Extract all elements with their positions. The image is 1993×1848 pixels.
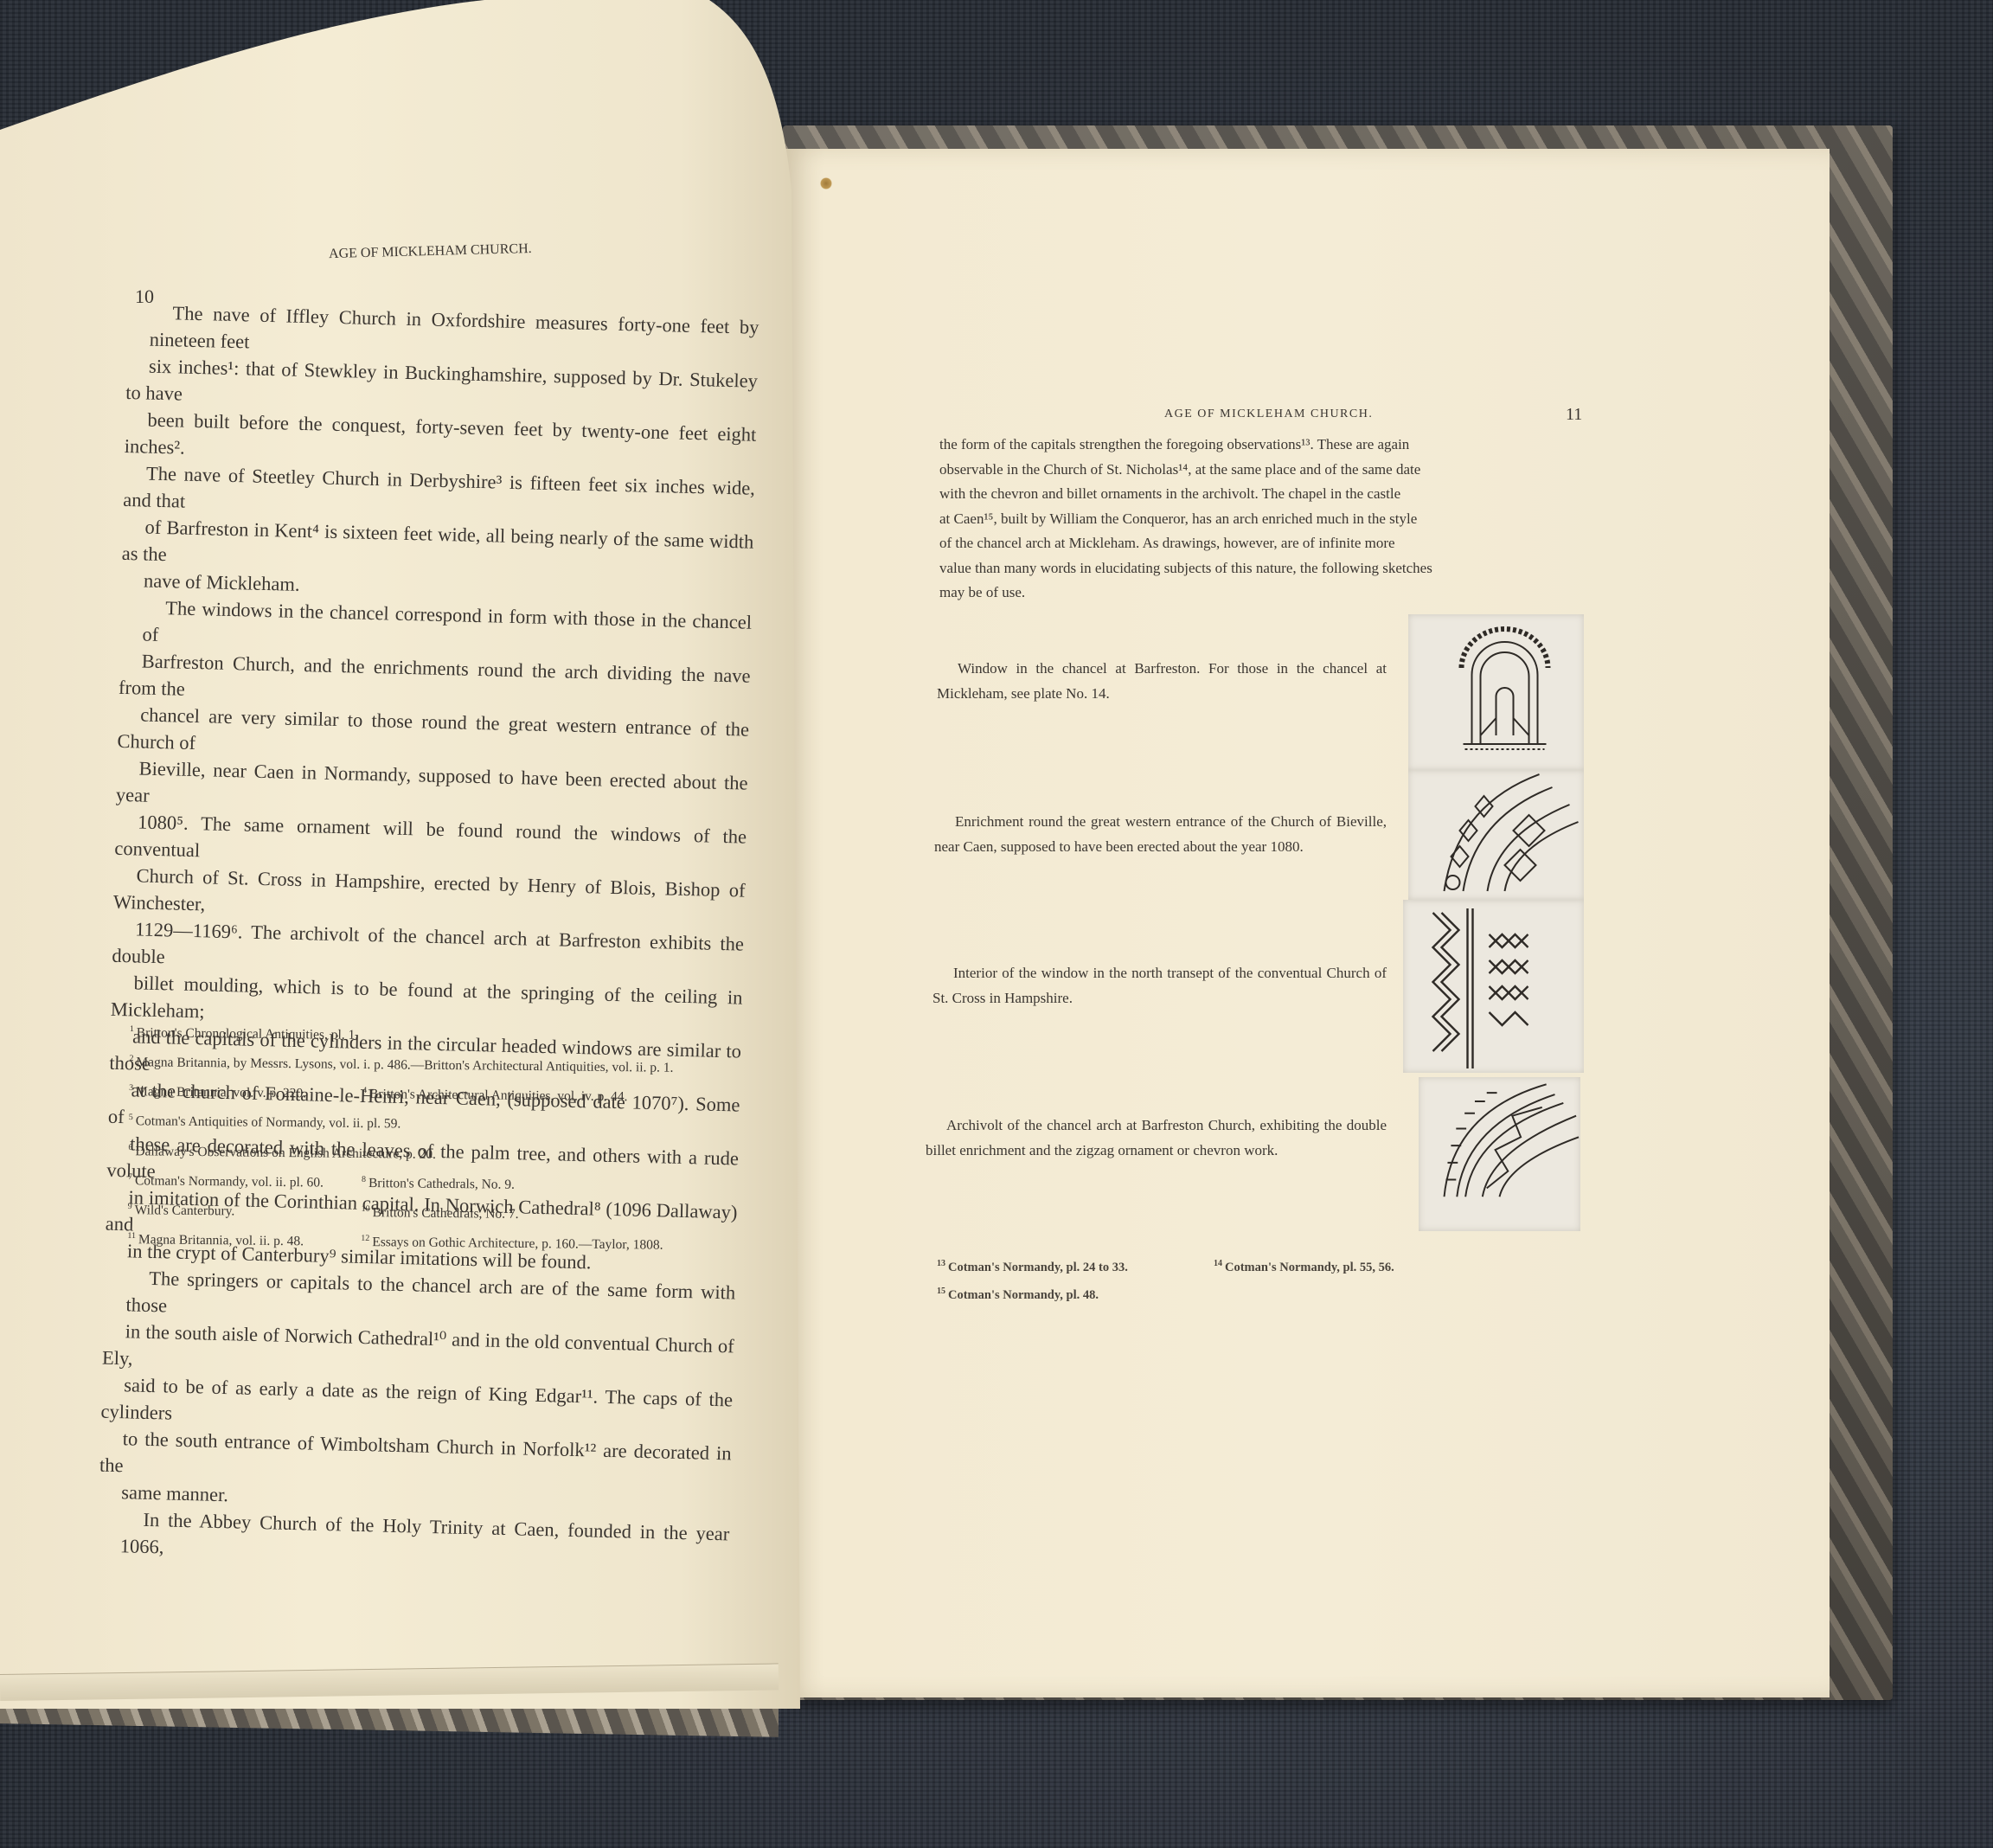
footnote-text: Cotman's Normandy, pl. 48. <box>948 1288 1099 1302</box>
zigzag-moulding-sketch-icon <box>1403 900 1584 1073</box>
foxing-stain <box>820 177 832 189</box>
footnote-mark: 9 <box>128 1202 132 1211</box>
paragraph: The springers or capitals to the chancel… <box>99 1264 736 1521</box>
footnote-text: Cotman's Normandy, pl. 55, 56. <box>1225 1261 1394 1274</box>
footnote-mark: 1 <box>130 1024 134 1034</box>
footnote-mark: 8 <box>362 1175 366 1184</box>
arch-enrichment-sketch-icon <box>1408 770 1584 900</box>
footnote-row: 11Magna Britannia, vol. ii. p. 48. 12Ess… <box>127 1223 724 1259</box>
footnote-mark: 2 <box>129 1054 133 1063</box>
footnote-mark: 14 <box>1214 1259 1222 1268</box>
footnote-mark: 4 <box>362 1086 367 1095</box>
text-line: may be of use. <box>939 581 1585 606</box>
footnote-row: 15Cotman's Normandy, pl. 48. <box>937 1280 1473 1307</box>
footnote-mark: 5 <box>129 1113 133 1122</box>
footnote-mark: 10 <box>362 1204 370 1214</box>
footnote-mark: 15 <box>937 1287 945 1296</box>
footnote-mark: 7 <box>128 1172 132 1182</box>
left-body-text: The nave of Iffley Church in Oxfordshire… <box>97 298 759 1574</box>
figure-caption-bieville-enrichment: Enrichment round the great western entra… <box>934 809 1387 859</box>
right-intro-paragraph: the form of the capitals strengthen the … <box>939 433 1585 606</box>
round-arched-window-sketch-icon <box>1408 614 1584 770</box>
text-line: the form of the capitals strengthen the … <box>939 433 1585 458</box>
footnotes-right: 13Cotman's Normandy, pl. 24 to 33. 14Cot… <box>937 1252 1473 1307</box>
running-head-right: AGE OF MICKLEHAM CHURCH. <box>1164 407 1373 421</box>
footnote-text: Britton's Chronological Antiquities, pl.… <box>137 1025 359 1043</box>
footnote-text: Cotman's Normandy, pl. 24 to 33. <box>948 1261 1128 1274</box>
footnote-mark: 6 <box>128 1143 132 1152</box>
text-line: observable in the Church of St. Nicholas… <box>939 458 1585 483</box>
footnote-text: Cotman's Normandy, vol. ii. pl. 60. <box>135 1173 324 1190</box>
archivolt-billet-chevron-sketch-icon <box>1419 1077 1580 1231</box>
footnote-text: Essays on Gothic Architecture, p. 160.—T… <box>372 1235 663 1253</box>
text-line: of the chancel arch at Mickleham. As dra… <box>939 531 1585 556</box>
footnote-text: Magna Britannia, vol. v. p. 220. <box>136 1085 306 1101</box>
text-line: at Caen¹⁵, built by William the Conquero… <box>939 507 1585 532</box>
footnote-text: Wild's Canterbury. <box>135 1203 235 1218</box>
footnote-text: Britton's Cathedrals, No. 7. <box>373 1205 519 1222</box>
footnote-text: Dallaway's Observations on English Archi… <box>135 1144 436 1162</box>
footnotes-left: 1Britton's Chronological Antiquities, pl… <box>127 1017 727 1259</box>
footnote-text: Britton's Cathedrals, No. 9. <box>368 1176 515 1192</box>
footnote-text: Magna Britannia, vol. ii. p. 48. <box>138 1232 304 1248</box>
footnote-mark: 13 <box>937 1259 945 1268</box>
footnote-text: Britton's Architectural Antiquities, vol… <box>369 1087 628 1104</box>
page-number-right: 11 <box>1566 405 1582 425</box>
footnote-mark: 12 <box>361 1234 369 1243</box>
figure-caption-window-barfreston: Window in the chancel at Barfreston. For… <box>937 656 1387 706</box>
text-line: value than many words in elucidating sub… <box>939 556 1585 581</box>
footnote-text: Cotman's Antiquities of Normandy, vol. i… <box>136 1114 401 1132</box>
figure-caption-st-cross-window: Interior of the window in the north tran… <box>932 960 1387 1011</box>
paragraph: The nave of Iffley Church in Oxfordshire… <box>121 298 759 609</box>
footnote-text: Magna Britannia, by Messrs. Lysons, vol.… <box>136 1055 673 1075</box>
footnote-mark: 3 <box>129 1083 133 1093</box>
footnote-mark: 11 <box>127 1231 136 1241</box>
right-page <box>783 149 1830 1697</box>
footnote-row: 13Cotman's Normandy, pl. 24 to 33. 14Cot… <box>937 1252 1473 1280</box>
figure-caption-barfreston-archivolt: Archivolt of the chancel arch at Barfres… <box>926 1113 1387 1163</box>
text-line: with the chevron and billet ornaments in… <box>939 482 1585 507</box>
